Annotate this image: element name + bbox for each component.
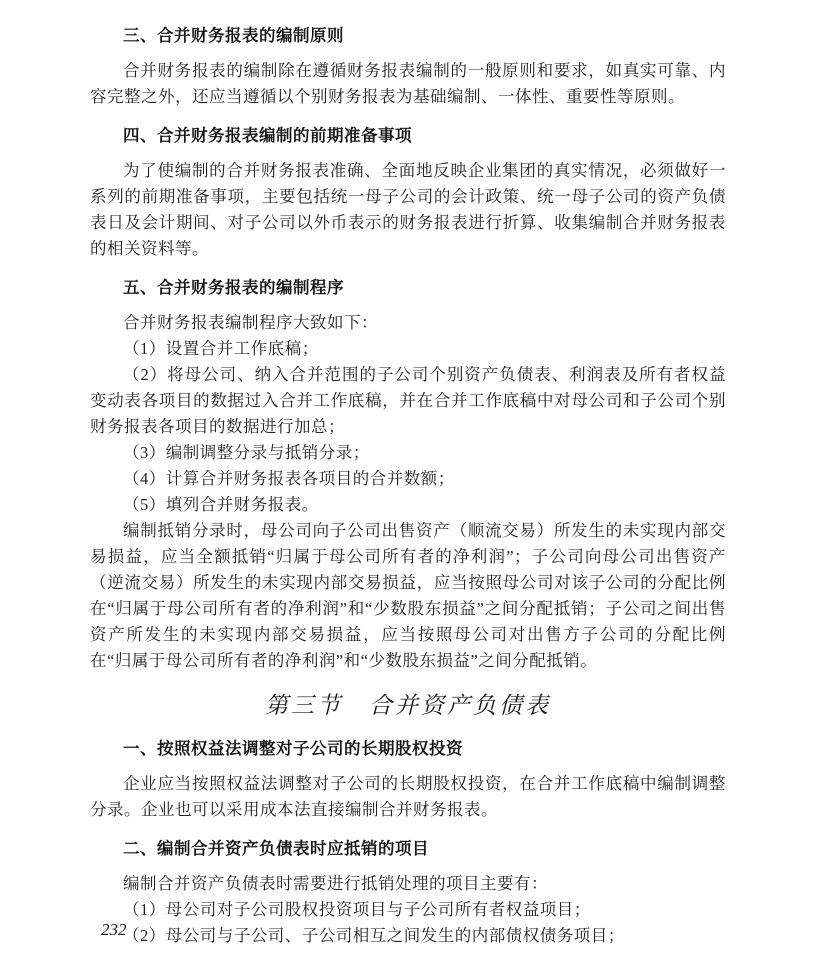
- section-heading-offset-items: 二、编制合并资产负债表时应抵销的项目: [90, 836, 726, 862]
- paragraph-compile-principles: 合并财务报表的编制除在遵循财务报表编制的一般原则和要求，如真实可靠、内容完整之外…: [90, 58, 726, 110]
- paragraph-offset-entries: 编制抵销分录时，母公司向子公司出售资产（顺流交易）所发生的未实现内部交易损益，应…: [90, 518, 726, 674]
- page-content: 三、合并财务报表的编制原则 合并财务报表的编制除在遵循财务报表编制的一般原则和要…: [90, 10, 726, 949]
- paragraph-offset-items-intro: 编制合并资产负债表时需要进行抵销处理的项目主要有：: [90, 871, 726, 897]
- document-page: { "body": { "h_compile_principles": "三、合…: [0, 0, 813, 956]
- procedure-step-3: （3）编制调整分录与抵销分录；: [90, 440, 726, 466]
- procedure-step-1: （1）设置合并工作底稿；: [90, 336, 726, 362]
- offset-item-1: （1）母公司对子公司股权投资项目与子公司所有者权益项目；: [90, 897, 726, 923]
- procedure-step-4: （4）计算合并财务报表各项目的合并数额；: [90, 466, 726, 492]
- section-heading-preparation: 四、合并财务报表编制的前期准备事项: [90, 123, 726, 149]
- section-heading-procedure: 五、合并财务报表的编制程序: [90, 275, 726, 301]
- chapter-section-title: 第三节 合并资产负债表: [90, 689, 726, 723]
- section-heading-equity-method: 一、按照权益法调整对子公司的长期股权投资: [90, 736, 726, 762]
- procedure-step-5: （5）填列合并财务报表。: [90, 492, 726, 518]
- section-heading-compile-principles: 三、合并财务报表的编制原则: [90, 23, 726, 49]
- paragraph-preparation: 为了使编制的合并财务报表准确、全面地反映企业集团的真实情况，必须做好一系列的前期…: [90, 158, 726, 262]
- paragraph-equity-method: 企业应当按照权益法调整对子公司的长期股权投资，在合并工作底稿中编制调整分录。企业…: [90, 771, 726, 823]
- page-number: 232: [101, 920, 127, 940]
- paragraph-procedure-intro: 合并财务报表编制程序大致如下：: [90, 310, 726, 336]
- offset-item-2: （2）母公司与子公司、子公司相互之间发生的内部债权债务项目；: [90, 923, 726, 949]
- procedure-step-2: （2）将母公司、纳入合并范围的子公司个别资产负债表、利润表及所有者权益变动表各项…: [90, 362, 726, 440]
